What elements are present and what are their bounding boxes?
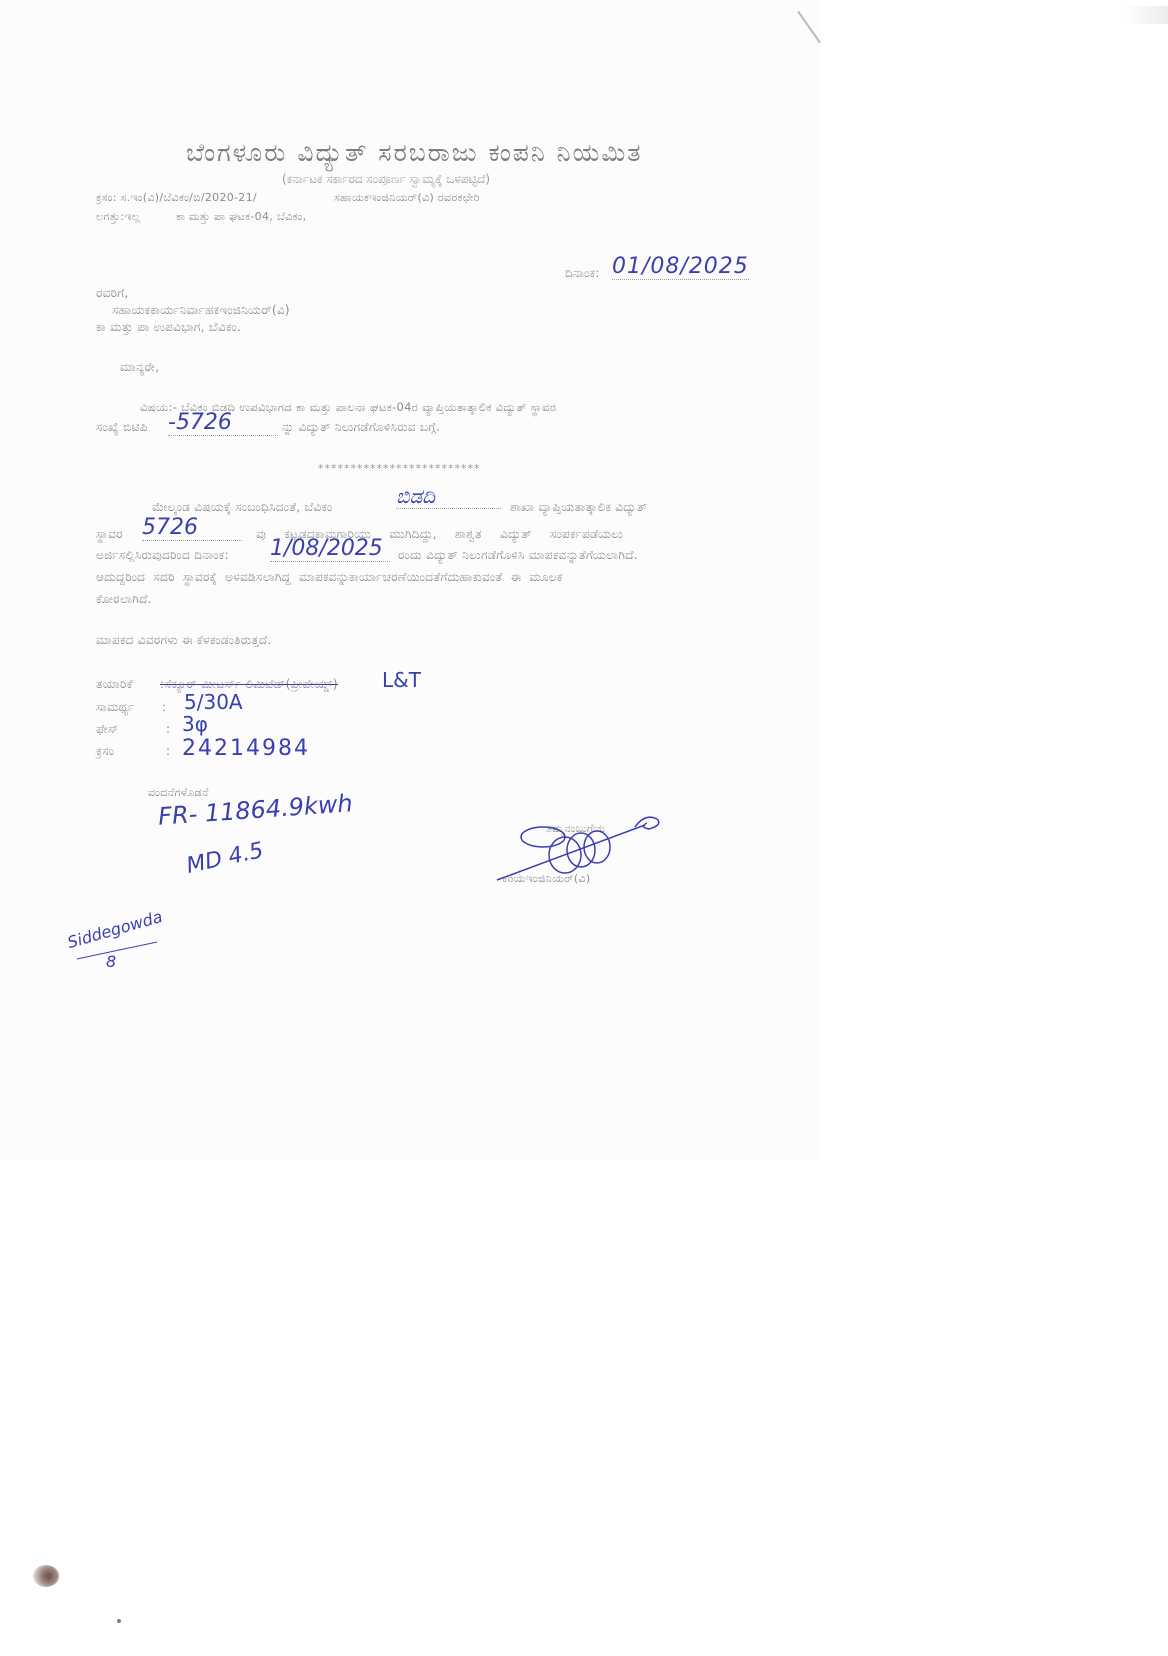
recipient-designation: ಸಹಾಯಕಕಾರ್ಯನಿರ್ವಾಹಕಇಂಜಿನಿಯರ್(ವಿ) bbox=[112, 303, 290, 318]
disconnection-date: 1/08/2025 bbox=[270, 536, 390, 562]
body-line-3-suffix: ರಂದು ವಿದ್ಯುತ್ ನಿಲುಗಡೆಗೊಳಿಸಿ ಮಾಪಕವನ್ನುತೆಗ… bbox=[398, 548, 638, 563]
organization-title: ಬೆಂಗಳೂರು ವಿದ್ಯುತ್ ಸರಬರಾಜು ಕಂಪನಿ ನಿಯಮಿತ bbox=[186, 138, 643, 168]
body-installation-number: 5726 bbox=[142, 515, 242, 541]
office-unit: ಕಾ ಮತ್ತು ಪಾ ಘಟಕ-04, ಬೆವಿಕಂ, bbox=[176, 210, 306, 224]
meter-serial-label: ಕ್ರಸಂ bbox=[96, 744, 114, 759]
organization-subtitle: (ಕರ್ನಾಟಕ ಸರ್ಕಾರದ ಸಂಪೂರ್ಣ ಸ್ವಾಮ್ಯಕ್ಕೆ ಒಳಪ… bbox=[282, 172, 490, 187]
meter-capacity-colon: : bbox=[162, 700, 166, 714]
body-line-3-prefix: ಅರ್ಜಿಸಲ್ಲಿಸಿರುವುದರಿಂದ ದಿನಾಂಕ: bbox=[96, 548, 229, 563]
meter-serial-colon: : bbox=[166, 744, 170, 758]
body-line-5: ಕೋರಲಾಗಿದೆ. bbox=[96, 592, 152, 607]
recipient-office: ಕಾ ಮತ್ತು ಪಾ ಉಪವಿಭಾಗ, ಬೆವಿಕಂ. bbox=[96, 320, 241, 335]
scan-artifact-shadow bbox=[1123, 6, 1168, 24]
meter-phase-value: 3φ bbox=[182, 712, 208, 736]
margin-mark-note: 8 bbox=[106, 952, 116, 971]
scan-stain bbox=[33, 1565, 59, 1587]
meter-serial-value: 24214984 bbox=[182, 736, 310, 761]
subject-line-2-prefix: ಸಂಖ್ಯೆ ಬಿಟಿಪಿ bbox=[96, 420, 148, 435]
body-line-4: ಆದುದ್ದರಿಂದ ಸದರಿ ಸ್ಥಾವರಕ್ಕೆ ಅಳವಡಿಸಲಾಗಿದ್ದ… bbox=[96, 570, 563, 585]
section-name: ಬಿಡದಿ bbox=[396, 484, 501, 509]
date-label: ದಿನಾಂಕ: bbox=[565, 266, 600, 281]
meter-make-handwritten: L&T bbox=[382, 668, 421, 692]
meter-phase-colon: : bbox=[166, 722, 170, 736]
scan-dot bbox=[117, 1619, 121, 1623]
separator: ************************* bbox=[318, 462, 481, 475]
body-line-1-suffix: ಶಾಖಾ ವ್ಯಾಪ್ತಿಯತಾತ್ಕಾಲಿಕ ವಿದ್ಯುತ್ bbox=[510, 500, 647, 515]
recipient-to: ರವರಿಗೆ, bbox=[96, 286, 129, 301]
enclosures: ಲಗತ್ತು:ಇಲ್ಲ bbox=[96, 210, 140, 224]
body-line-1-prefix: ಮೇಲ್ಕಂಡ ವಿಷಯಕ್ಕೆ ಸಂಬಂಧಿಸಿದಂತೆ, ಬೆವಿಕಂ bbox=[152, 500, 333, 515]
subject-installation-number: -5726 bbox=[168, 410, 278, 436]
meter-capacity-label: ಸಾಮರ್ಥ್ಯ bbox=[96, 700, 135, 715]
reference-number: ಕ್ರಸಂ: ಸ.ಇಂ(ವಿ)/ಬೆವಿಕಂ/ಬಿ/2020-21/ bbox=[96, 191, 257, 205]
subject-line-2-suffix: ನ್ನು ವಿದ್ಯುತ್ ನಿಲುಗಡೆಗೊಳಿಸಿರುವ ಬಗ್ಗೆ. bbox=[282, 420, 440, 435]
date-value: 01/08/2025 bbox=[612, 254, 749, 280]
meter-details-intro: ಮಾಪಕದ ವಿವರಗಳು ಈ ಕೆಳಕಂಡಂತಿರುತ್ತದೆ. bbox=[96, 633, 272, 648]
signatory-designation: ಕಿರಿಯಇಂಜಿನಿಯರ್(ವಿ) bbox=[502, 872, 590, 886]
issuing-office: ಸಹಾಯಕಇಂಜಿನಿಯರ್(ವಿ) ರವರಕಛೇರಿ bbox=[334, 191, 480, 205]
closing-regards: ವಂದನೆಗಳೊಡನೆ bbox=[148, 786, 209, 800]
body-line-2-prefix: ಸ್ಥಾವರ bbox=[96, 527, 123, 542]
meter-capacity-value: 5/30A bbox=[184, 690, 243, 714]
greeting: ಮಾನ್ಯರೇ, bbox=[120, 360, 159, 375]
meter-make-label: ತಯಾರಿಕೆ bbox=[96, 677, 133, 692]
meter-phase-label: ಫೇಸ್ bbox=[96, 722, 119, 737]
